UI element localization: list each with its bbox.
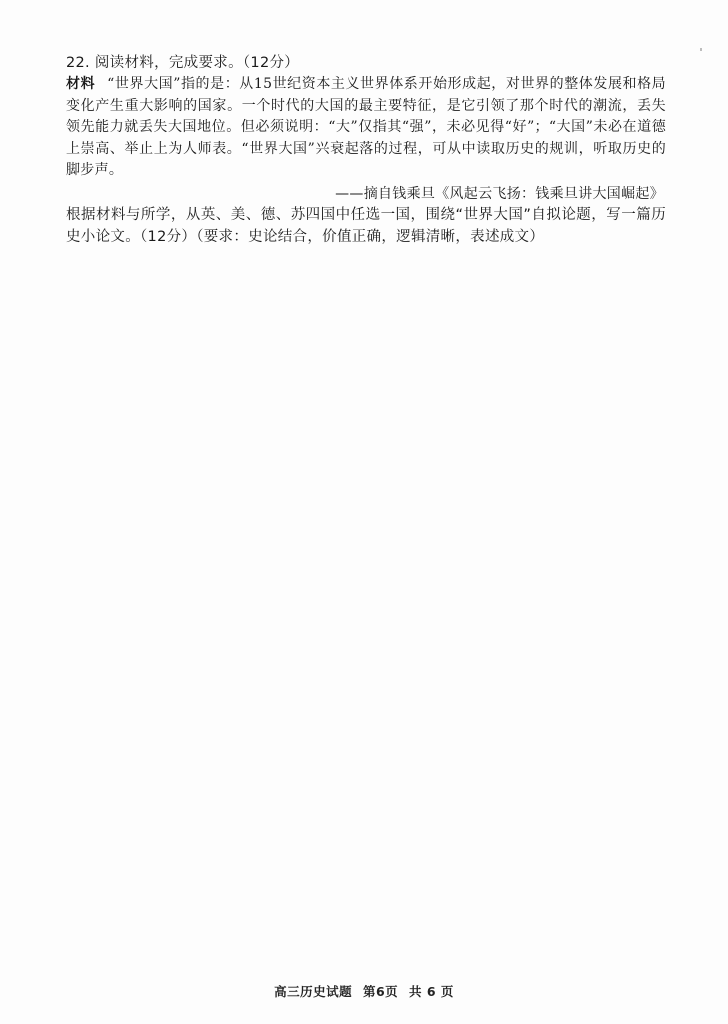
material-label: 材料 (66, 76, 95, 92)
footer-total-pages: 共 6 页 (409, 984, 454, 999)
page-footer: 高三历史试题 第6页 共 6 页 (0, 982, 728, 1000)
question-22: 22. 阅读材料，完成要求。（12分） 材料“世界大国”指的是：从15世纪资本主… (66, 53, 666, 248)
footer-page-number: 第6页 (363, 984, 398, 999)
material-text: “世界大国”指的是：从15世纪资本主义世界体系开始形成起，对世界的整体发展和格局… (66, 76, 666, 178)
material-source: ——摘自钱乘旦《风起云飞扬：钱乘旦讲大国崛起》 (66, 184, 666, 204)
material-block: 材料“世界大国”指的是：从15世纪资本主义世界体系开始形成起，对世界的整体发展和… (66, 74, 666, 182)
exam-page: 22. 阅读材料，完成要求。（12分） 材料“世界大国”指的是：从15世纪资本主… (0, 0, 728, 1024)
task-instructions: 根据材料与所学，从英、美、德、苏四国中任选一国，围绕“世界大国”自拟论题，写一篇… (66, 204, 666, 248)
question-heading: 22. 阅读材料，完成要求。（12分） (66, 53, 666, 73)
footer-subject: 高三历史试题 (274, 984, 352, 999)
scan-mark (700, 48, 702, 51)
